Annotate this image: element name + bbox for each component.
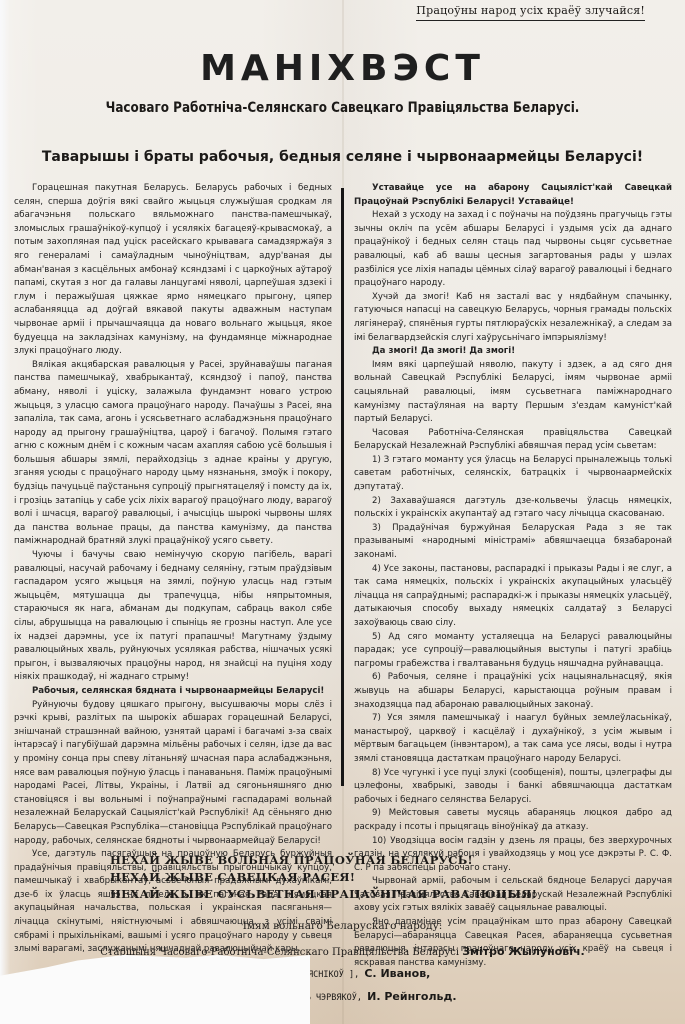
- in-name-line: Імям вольнаго Беларускаго народу:: [0, 920, 685, 932]
- chairman-name: Змітро Жылуновіч.: [462, 945, 584, 958]
- paragraph: 8) Усе чугункі і усе пуці злукі (сообщен…: [354, 767, 672, 808]
- left-column: Горацешная пакутная Беларусь. Беларусь р…: [14, 182, 332, 957]
- paragraph: Руйнуючы будову цяшкаго прыгону, высушва…: [14, 699, 332, 849]
- closing-slogans: НЕХАЙ ЖЫВЕ ВОЛЬНАЯ ПРАЦОЎНАЯ БЕЛАРУСЬ! Н…: [110, 852, 537, 903]
- paragraph: Чуючы і бачучы сваю немінучую скорую паг…: [14, 549, 332, 685]
- slogan: НЕХАЙ ЖЫВЕ СУСЬВЕТНАЯ ПРАЦАЎНІЧАЯ РАВАЛЮ…: [110, 886, 537, 903]
- paragraph: Нехай з усходу на захад і с поўначы на п…: [354, 209, 672, 291]
- paragraph: Імям вякі царпеўшай няволю, пакуту і здз…: [354, 359, 672, 427]
- member-signature: С. Иванов,: [364, 967, 430, 980]
- paragraph: Хучэй да змогі! Каб ня засталі вас у няд…: [354, 291, 672, 345]
- section-heading: Да змогі! Да змогі! Да змогі!: [354, 345, 672, 359]
- motto-slogan: Працоўны народ усіх краёў злучайся!: [416, 4, 645, 21]
- paragraph: 2) Захаваўшаяся дагэтуль дзе-кольвечы ўл…: [354, 495, 672, 522]
- paragraph: 5) Ад сяго моманту усталяецца на Беларус…: [354, 631, 672, 672]
- paragraph: Вялікая акцябарская равалюцыя у Расеі, з…: [14, 359, 332, 549]
- document-subtitle: Часоваго Работніча-Селянскаго Савецкаго …: [27, 100, 657, 116]
- paragraph: 3) Прадаўнічая буржуйная Беларуская Рада…: [354, 522, 672, 563]
- column-divider: [341, 188, 344, 786]
- section-heading: Рабочыя, селянская бядната і чырвонаарме…: [14, 685, 332, 699]
- paragraph: 9) Мейстовыя саветы мусяць абараняць люц…: [354, 807, 672, 834]
- section-heading: Уставайце усе на абарону Сацыяліст'кай С…: [354, 182, 672, 209]
- paragraph: 6) Рабочыя, селяне і працаўнікі усіх нац…: [354, 671, 672, 712]
- address-line: Таварышы і браты рабочыя, бедныя селяне …: [0, 149, 685, 165]
- paragraph: Горацешная пакутная Беларусь. Беларусь р…: [14, 182, 332, 359]
- paragraph: 1) З гэтаго моманту уся ўласць на Белару…: [354, 454, 672, 495]
- slogan: НЕХАЙ ЖЫВЕ ВОЛЬНАЯ ПРАЦОЎНАЯ БЕЛАРУСЬ!: [110, 852, 537, 869]
- paragraph: Часовая Работніча-Селянская правіцяльств…: [354, 427, 672, 454]
- slogan: НЕХАЙ ЖЫВЕ САВЕЦКАЯ РАСЕЯ!: [110, 869, 537, 886]
- paragraph: 4) Усе законы, пастановы, распарадкі і п…: [354, 563, 672, 631]
- member-signature: И. Рейнгольд.: [367, 990, 456, 1003]
- paragraph: 7) Уся зямля памешчыкаў і наагул буйных …: [354, 712, 672, 766]
- chairman-signature: Старшыня Часоваго-Работніча-Селянскаго П…: [0, 945, 685, 958]
- document-title: МАНІХВЭСТ: [0, 48, 685, 89]
